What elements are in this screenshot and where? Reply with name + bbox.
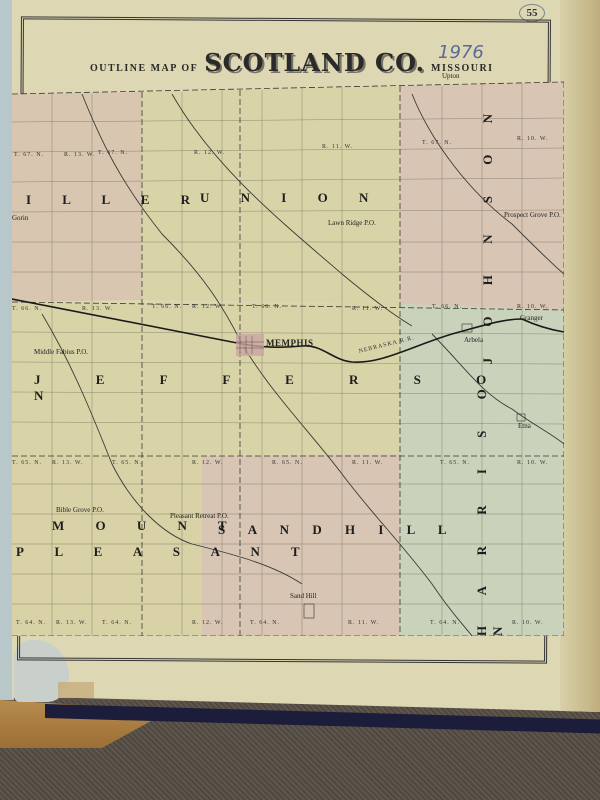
township-label-sand-hill: S A N D H I L L [218,522,457,538]
place-upton: Upton [442,72,460,80]
survey-label: R. 13. W. [64,152,96,158]
survey-label: T. 67. N. [14,152,44,158]
survey-label: T. 65. N. [12,460,42,466]
survey-label: R. 10. W. [517,304,549,310]
survey-label: T. 64. N. [430,620,460,626]
survey-label: T. 64. N. [16,620,46,626]
survey-label: T. 65. N. [112,460,142,466]
place-granger: Granger [520,314,543,322]
survey-label: R. 10. W. [517,460,549,466]
survey-label: R. 13. W. [52,460,84,466]
place-gorin: Gorin [12,214,28,222]
survey-label: T. 64. N. [250,620,280,626]
place-bible-grove: Bible Grove P.O. [56,506,104,514]
county-map: I L L E R U N I O N J O H N S O N J E F … [12,64,564,636]
place-pleasant-retreat: Pleasant Retreat P.O. [170,512,229,520]
survey-label: R. 12. W. [192,304,224,310]
survey-label: T. 67. N. [422,140,452,146]
tape-patch [58,682,94,698]
survey-label: T. 66. N. [432,304,462,310]
place-memphis: MEMPHIS [266,338,314,348]
township-label-johnson: J O H N S O N [480,100,496,364]
survey-label: T. 65. N. [440,460,470,466]
place-sand-hill: Sand Hill [290,592,317,600]
survey-label: R. 13. W. [56,620,88,626]
survey-label: R. 11. W. [352,460,383,466]
survey-label: R. 12. W. [194,150,226,156]
township-label-union: U N I O N [200,190,382,206]
survey-label: R. 10. W. [517,136,549,142]
township-label-harrison: H A R R I S O N [474,364,506,636]
survey-label: R. 11. W. [352,306,383,312]
survey-label: T. 67. N. [98,150,128,156]
survey-label: R. 11. W. [322,144,353,150]
survey-label: R. 12. W. [192,460,224,466]
place-lawn-ridge: Lawn Ridge P.O. [328,219,376,227]
township-label-mount: M O U N T [52,518,241,534]
photo-scene: 55 OUTLINE MAP OF SCOTLAND CO. MISSOURI … [0,0,600,800]
survey-label: T. 66. N. [252,304,282,310]
survey-label: R. 65. N. [272,460,303,466]
township-label-pleasant: P L E A S A N T [16,544,314,560]
place-etna: Etna [518,422,531,430]
survey-label: T. 66. N. [12,306,42,312]
place-arbela: Arbela [464,336,483,344]
survey-label: T. 66. N. [152,304,182,310]
survey-label: T. 64. N. [102,620,132,626]
survey-label: R. 12. W. [192,620,224,626]
township-label-miller: I L L E R [26,192,204,208]
page-edge-stack [560,0,600,712]
place-prospect-grove: Prospect Grove P.O. [504,211,561,219]
handwritten-year: 1976 [438,42,484,63]
survey-label: R. 10. W. [512,620,544,626]
survey-label: R. 13. W. [82,306,114,312]
place-middle-fabius: Middle Fabius P.O. [34,348,88,356]
survey-label: R. 11. W. [348,620,379,626]
